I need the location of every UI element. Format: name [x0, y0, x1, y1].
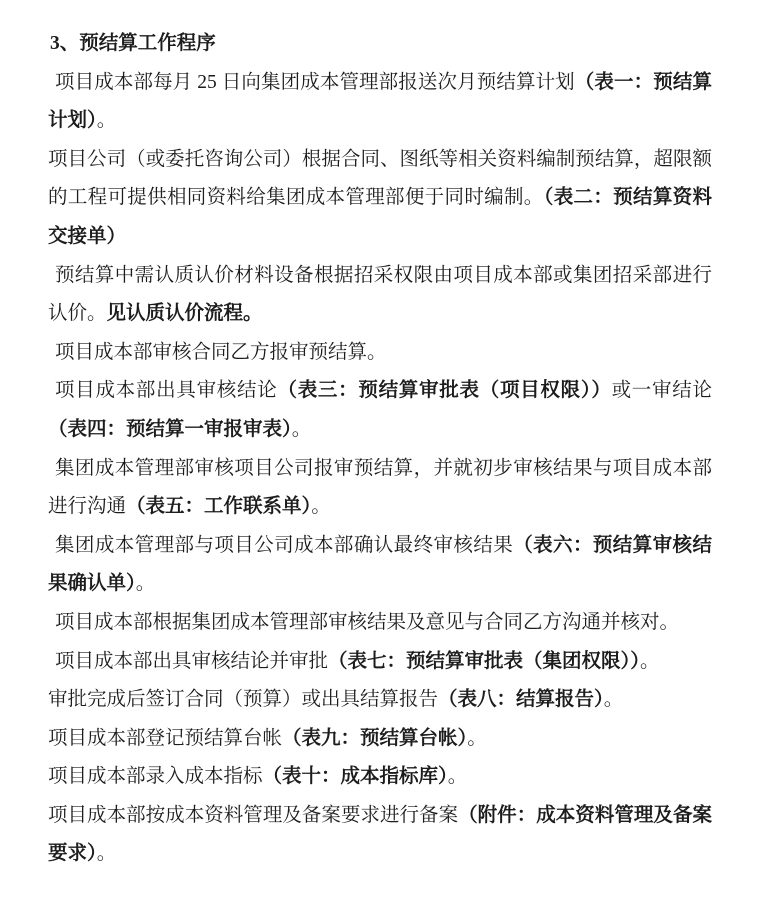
text-run-bold: （表七：预结算审批表（集团权限）） [328, 651, 640, 672]
text-run-bold: （表三：预结算审批表（项目权限）） [277, 380, 611, 401]
document-body: 项目成本部每月 25 日向集团成本管理部报送次月预结算计划（表一：预结算计划）。… [48, 64, 712, 874]
paragraph: 项目成本部每月 25 日向集团成本管理部报送次月预结算计划（表一：预结算计划）。 [48, 64, 712, 141]
text-run: 。 [448, 766, 468, 787]
paragraph: 项目成本部根据集团成本管理部审核结果及意见与合同乙方沟通并核对。 [48, 604, 712, 643]
text-run: 项目成本部按成本资料管理及备案要求进行备案 [48, 805, 458, 826]
paragraph: 项目成本部按成本资料管理及备案要求进行备案（附件：成本资料管理及备案要求）。 [48, 797, 712, 874]
document-page: 3、预结算工作程序 项目成本部每月 25 日向集团成本管理部报送次月预结算计划（… [0, 0, 760, 905]
text-run: 项目成本部出具审核结论 [55, 380, 277, 401]
text-run: 。 [311, 496, 331, 517]
text-run-bold: （表九：预结算台帐） [282, 728, 467, 749]
text-run: 项目成本部出具审核结论并审批 [55, 651, 328, 672]
text-run: 或一审结论 [612, 380, 712, 401]
paragraph: 项目成本部录入成本指标（表十：成本指标库）。 [48, 758, 712, 797]
text-run: 。 [97, 110, 117, 131]
text-run: 。 [97, 843, 117, 864]
text-run-bold: （表四：预结算一审报审表） [48, 419, 292, 440]
text-run: 审批完成后签订合同（预算）或出具结算报告 [48, 689, 438, 710]
text-run: 项目成本部根据集团成本管理部审核结果及意见与合同乙方沟通并核对。 [55, 612, 679, 633]
paragraph: 项目成本部审核合同乙方报审预结算。 [48, 334, 712, 373]
text-run: 。 [604, 689, 624, 710]
paragraph: 集团成本管理部与项目公司成本部确认最终审核结果（表六：预结算审核结果确认单）。 [48, 527, 712, 604]
paragraph: 审批完成后签订合同（预算）或出具结算报告（表八：结算报告）。 [48, 681, 712, 720]
text-run-bold: （表八：结算报告） [438, 689, 604, 710]
document-heading: 3、预结算工作程序 [48, 25, 712, 64]
text-run: 项目成本部每月 25 日向集团成本管理部报送次月预结算计划 [55, 72, 575, 93]
paragraph: 预结算中需认质认价材料设备根据招采权限由项目成本部或集团招采部进行认价。见认质认… [48, 257, 712, 334]
text-run: 。 [640, 651, 660, 672]
text-run: 。 [136, 573, 156, 594]
text-run: 。 [292, 419, 312, 440]
paragraph: 项目公司（或委托咨询公司）根据合同、图纸等相关资料编制预结算，超限额的工程可提供… [48, 141, 712, 257]
paragraph: 集团成本管理部审核项目公司报审预结算，并就初步审核结果与项目成本部进行沟通（表五… [48, 450, 712, 527]
text-run: 。 [467, 728, 487, 749]
paragraph: 项目成本部出具审核结论（表三：预结算审批表（项目权限））或一审结论（表四：预结算… [48, 372, 712, 449]
paragraph: 项目成本部登记预结算台帐（表九：预结算台帐）。 [48, 720, 712, 759]
text-run-bold: （表五：工作联系单） [126, 496, 311, 517]
text-run: 项目成本部登记预结算台帐 [48, 728, 282, 749]
text-run: 集团成本管理部与项目公司成本部确认最终审核结果 [55, 535, 513, 556]
text-run: 项目成本部录入成本指标 [48, 766, 263, 787]
text-run: 项目成本部审核合同乙方报审预结算。 [55, 342, 387, 363]
text-run-bold: （表十：成本指标库） [263, 766, 448, 787]
text-run-bold: 见认质认价流程。 [107, 303, 263, 324]
paragraph: 项目成本部出具审核结论并审批（表七：预结算审批表（集团权限））。 [48, 643, 712, 682]
